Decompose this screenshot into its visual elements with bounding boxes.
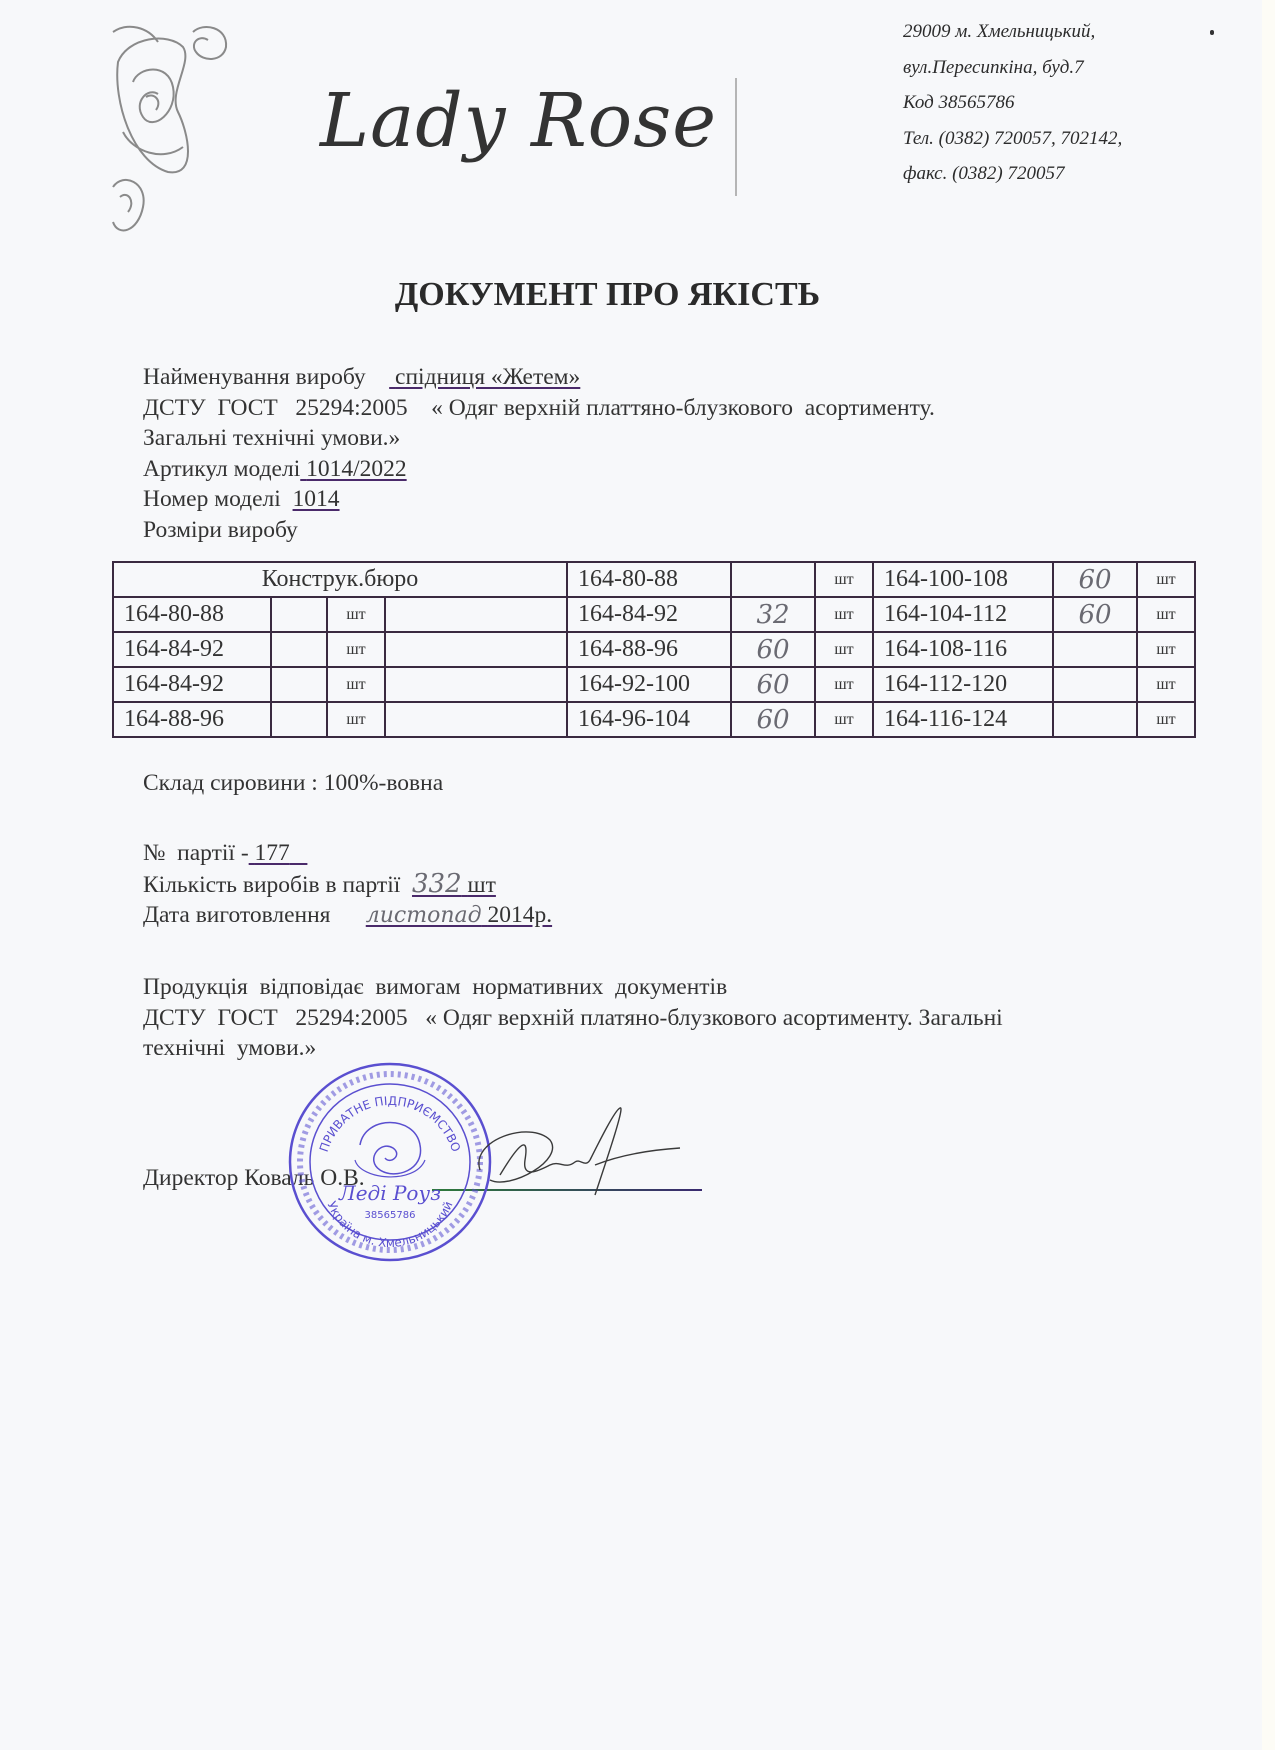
unit-cell: шт <box>815 667 873 702</box>
batch-number-value: 177 <box>249 840 308 866</box>
product-name-row: Найменування виробу спідниця «Жетем» <box>143 362 935 393</box>
company-stamp-icon: ПРИВАТНЕ ПІДПРИЄМСТВО Україна м. Хмельни… <box>285 1060 495 1265</box>
company-contacts: 29009 м. Хмельницький, вул.Пересипкіна, … <box>903 14 1122 192</box>
sizes-label: Розміри виробу <box>143 515 935 546</box>
contact-line: Тел. (0382) 720057, 702142, <box>903 121 1122 157</box>
batch-count-label: Кількість виробів в партії <box>143 872 400 898</box>
size-cell: 164-100-108 <box>873 562 1053 597</box>
qty-cell: 60 <box>1053 597 1137 632</box>
unit-cell: шт <box>1137 702 1195 737</box>
production-date-label: Дата виготовлення <box>143 902 331 928</box>
article-row: Артикул моделі 1014/2022 <box>143 454 935 485</box>
table-row: 164-80-88 шт 164-84-92 32 шт 164-104-112… <box>113 597 1195 632</box>
unit-cell: шт <box>815 632 873 667</box>
unit-cell: шт <box>1137 562 1195 597</box>
batch-count-row: Кількість виробів в партії 332 шт <box>143 869 552 901</box>
size-cell: 164-80-88 <box>113 597 271 632</box>
model-number-row: Номер моделі 1014 <box>143 484 935 515</box>
rose-ornament-icon <box>108 22 248 247</box>
qty-cell: 60 <box>1053 562 1137 597</box>
qty-cell <box>271 667 327 702</box>
empty-cell <box>385 667 567 702</box>
size-cell: 164-108-116 <box>873 632 1053 667</box>
size-cell: 164-80-88 <box>567 562 731 597</box>
unit-cell: шт <box>815 562 873 597</box>
unit-cell: шт <box>1137 632 1195 667</box>
design-bureau-header: Конструк.бюро <box>113 562 567 597</box>
qty-cell: 60 <box>731 702 815 737</box>
batch-count-value: 332 шт <box>412 872 496 898</box>
size-cell: 164-116-124 <box>873 702 1053 737</box>
page-title: ДОКУМЕНТ ПРО ЯКІСТЬ <box>0 276 1215 314</box>
standard-line: Загальні технічні умови.» <box>143 423 935 454</box>
empty-cell <box>385 597 567 632</box>
scan-speck <box>1210 30 1214 35</box>
table-row: Конструк.бюро 164-80-88 шт 164-100-108 6… <box>113 562 1195 597</box>
contact-line: Код 38565786 <box>903 85 1122 121</box>
batch-number-label: № партії - <box>143 840 249 866</box>
size-cell: 164-96-104 <box>567 702 731 737</box>
unit-cell: шт <box>327 702 385 737</box>
production-date-value: листопад 2014р. <box>366 902 552 928</box>
company-logo: Lady Rose <box>320 78 717 164</box>
article-label: Артикул моделі <box>143 456 300 482</box>
qty-cell: 32 <box>731 597 815 632</box>
qty-cell <box>1053 702 1137 737</box>
document-page: Lady Rose 29009 м. Хмельницький, вул.Пер… <box>0 0 1262 1750</box>
empty-cell <box>385 702 567 737</box>
sizes-table: Конструк.бюро 164-80-88 шт 164-100-108 6… <box>112 561 1196 738</box>
qty-cell: 60 <box>731 667 815 702</box>
size-cell: 164-84-92 <box>567 597 731 632</box>
table-row: 164-84-92 шт 164-92-100 60 шт 164-112-12… <box>113 667 1195 702</box>
svg-text:38565786: 38565786 <box>365 1210 416 1221</box>
conformity-line: технічні умови.» <box>143 1033 1003 1064</box>
conformity-line: Продукція відповідає вимогам нормативних… <box>143 972 1003 1003</box>
size-cell: 164-92-100 <box>567 667 731 702</box>
qty-cell <box>271 632 327 667</box>
qty-cell <box>1053 667 1137 702</box>
empty-cell <box>385 632 567 667</box>
size-cell: 164-88-96 <box>567 632 731 667</box>
svg-text:Леді Роуз: Леді Роуз <box>338 1181 441 1205</box>
product-info: Найменування виробу спідниця «Жетем» ДСТ… <box>143 362 935 545</box>
qty-cell <box>1053 632 1137 667</box>
product-name-label: Найменування виробу <box>143 364 366 390</box>
qty-cell <box>731 562 815 597</box>
letterhead-divider <box>735 78 737 196</box>
svg-text:Україна м. Хмельницький: Україна м. Хмельницький <box>324 1199 455 1250</box>
conformity-statement: Продукція відповідає вимогам нормативних… <box>143 972 1003 1064</box>
unit-cell: шт <box>815 702 873 737</box>
handwritten-signature-icon <box>470 1100 710 1210</box>
unit-cell: шт <box>815 597 873 632</box>
contact-line: факс. (0382) 720057 <box>903 156 1122 192</box>
batch-info: № партії - 177 Кількість виробів в парті… <box>143 838 552 932</box>
table-row: 164-88-96 шт 164-96-104 60 шт 164-116-12… <box>113 702 1195 737</box>
batch-number-row: № партії - 177 <box>143 838 552 869</box>
qty-cell <box>271 597 327 632</box>
contact-line: 29009 м. Хмельницький, <box>903 14 1122 50</box>
qty-cell: 60 <box>731 632 815 667</box>
production-date-row: Дата виготовлення листопад 2014р. <box>143 900 552 932</box>
size-cell: 164-104-112 <box>873 597 1053 632</box>
conformity-line: ДСТУ ГОСТ 25294:2005 « Одяг верхній плат… <box>143 1003 1003 1034</box>
unit-cell: шт <box>327 632 385 667</box>
table-row: 164-84-92 шт 164-88-96 60 шт 164-108-116… <box>113 632 1195 667</box>
model-number-value: 1014 <box>293 486 340 512</box>
standard-line: ДСТУ ГОСТ 25294:2005 « Одяг верхній плат… <box>143 393 935 424</box>
product-name-value: спідниця «Жетем» <box>389 364 580 390</box>
unit-cell: шт <box>327 597 385 632</box>
size-cell: 164-84-92 <box>113 632 271 667</box>
model-number-label: Номер моделі <box>143 486 281 512</box>
size-cell: 164-112-120 <box>873 667 1053 702</box>
unit-cell: шт <box>1137 597 1195 632</box>
unit-cell: шт <box>327 667 385 702</box>
unit-cell: шт <box>1137 667 1195 702</box>
size-cell: 164-84-92 <box>113 667 271 702</box>
contact-line: вул.Пересипкіна, буд.7 <box>903 50 1122 86</box>
article-value: 1014/2022 <box>300 456 406 482</box>
composition: Склад сировини : 100%-вовна <box>143 768 443 799</box>
size-cell: 164-88-96 <box>113 702 271 737</box>
qty-cell <box>271 702 327 737</box>
